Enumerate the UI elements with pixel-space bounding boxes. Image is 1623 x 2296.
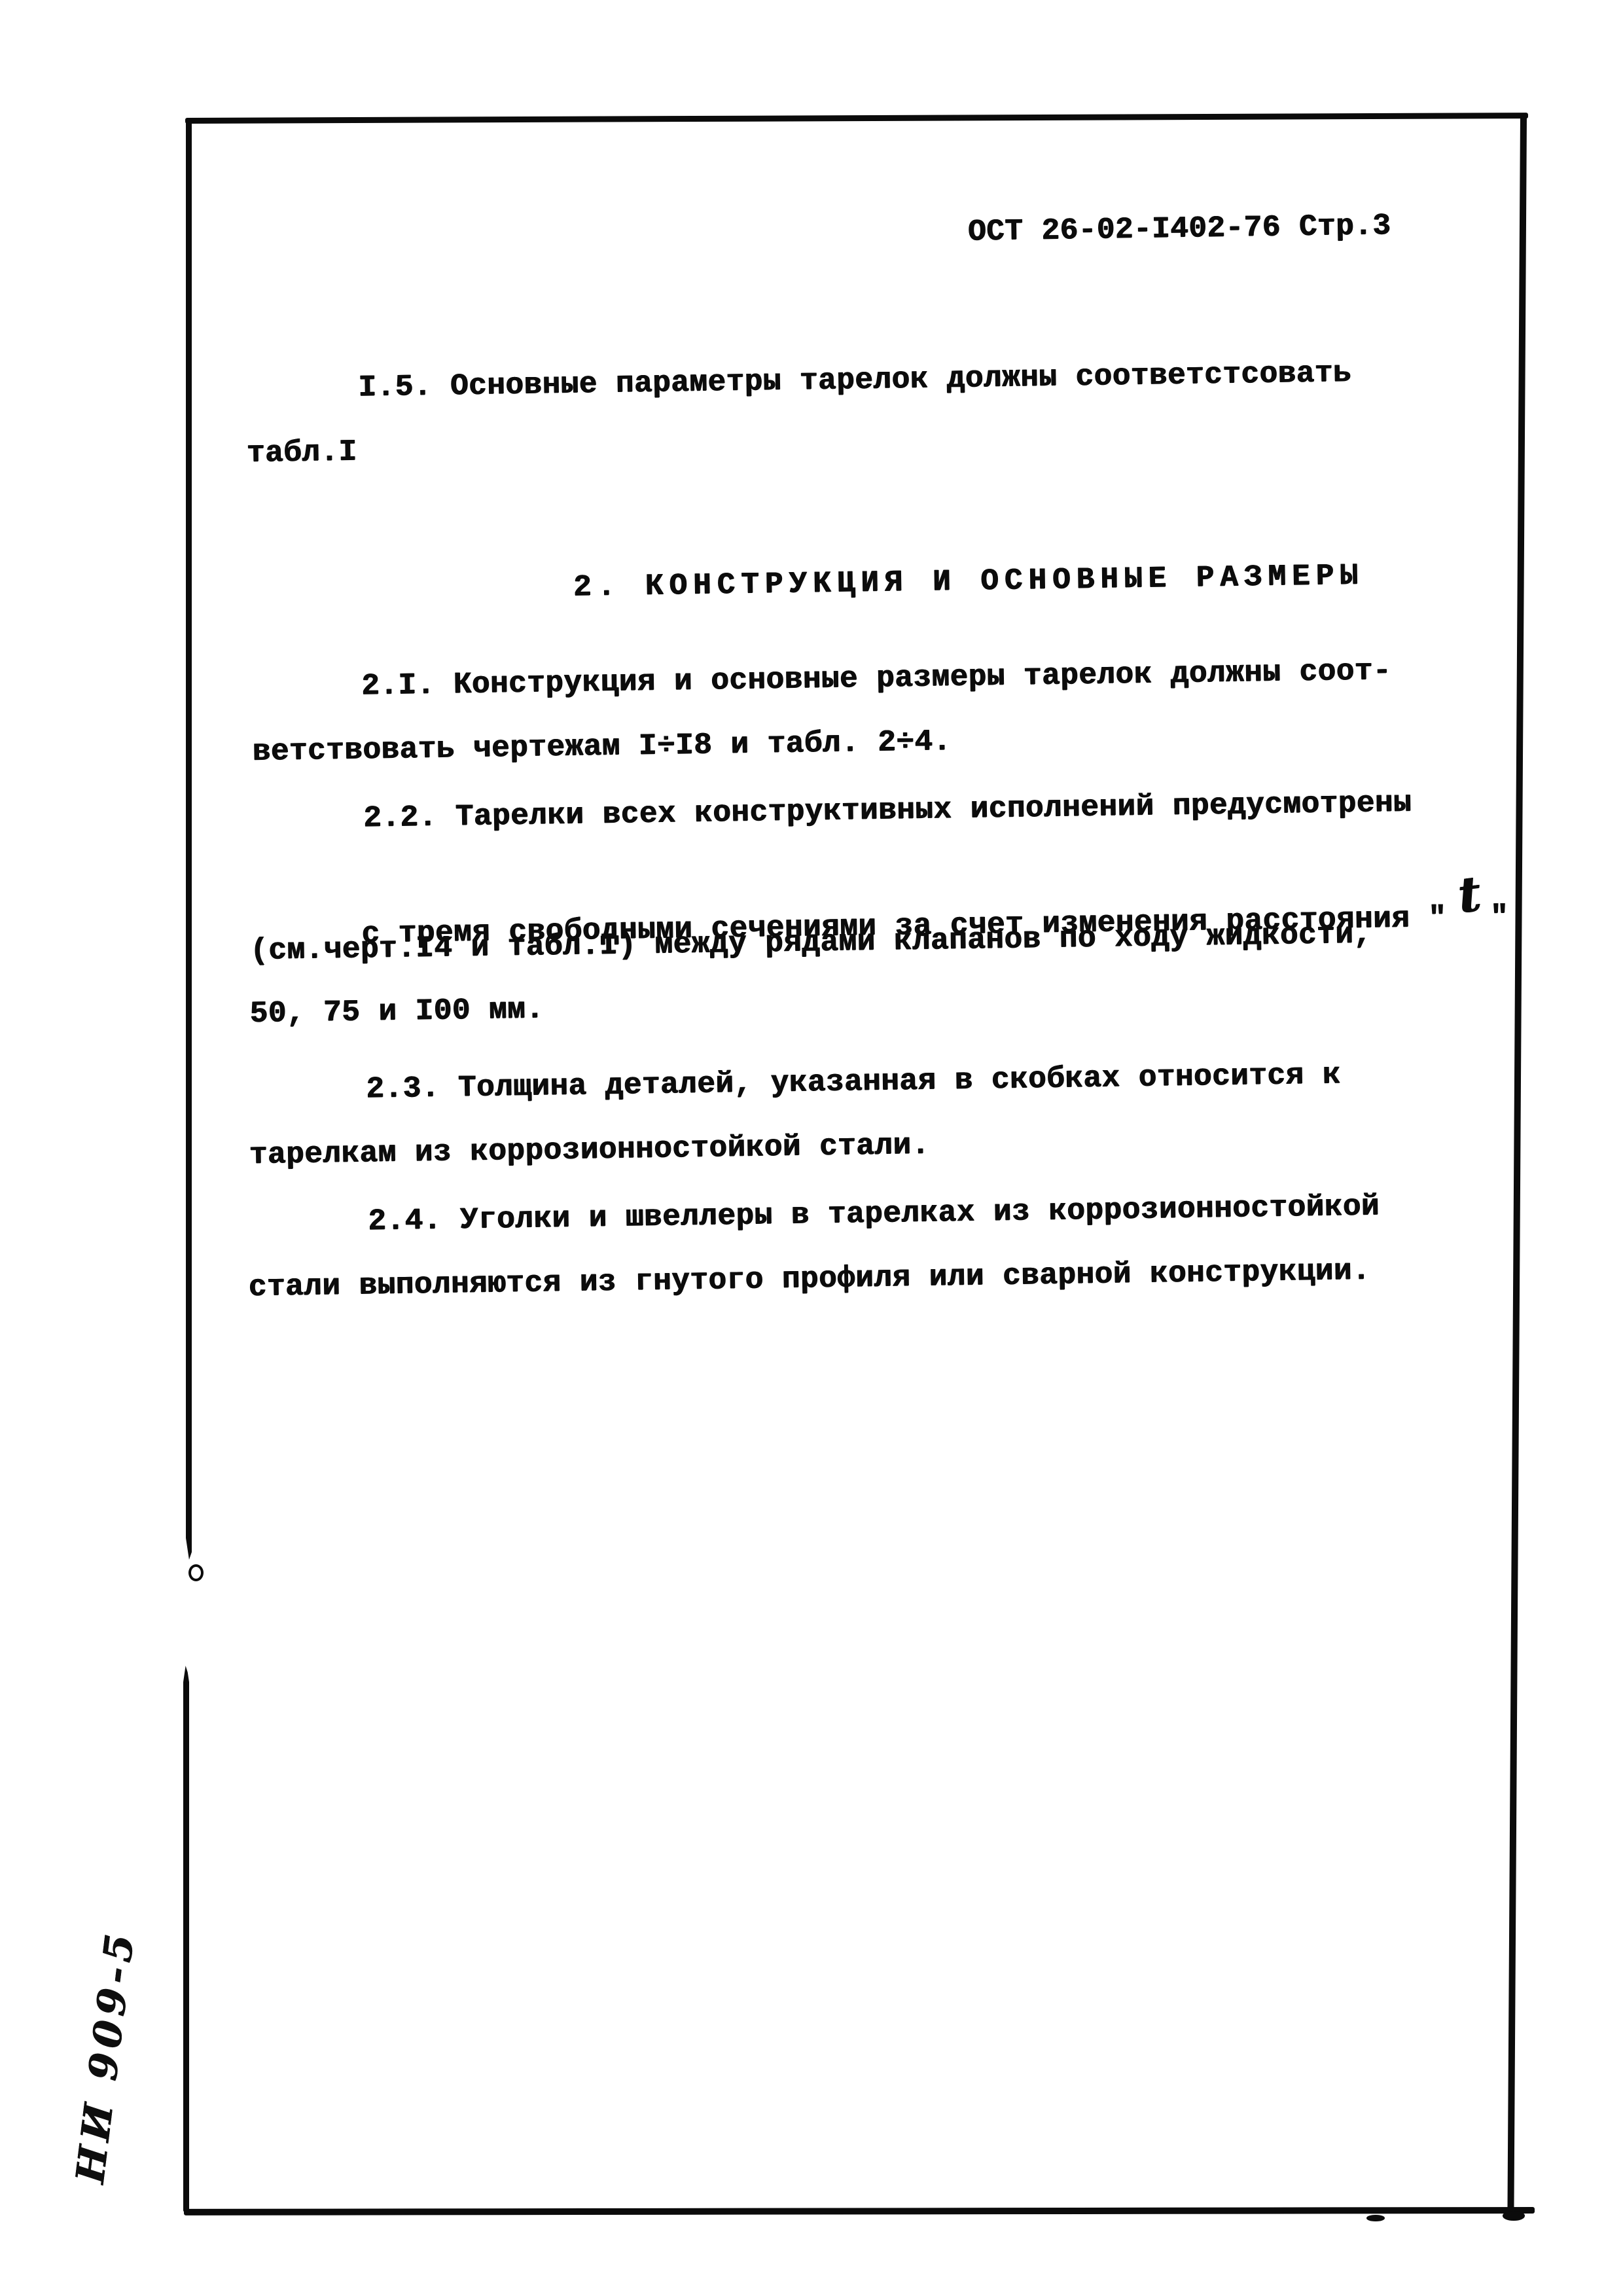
para-2-2-line-2-closing-quote: ": [1490, 900, 1509, 934]
section-heading: 2. КОНСТРУКЦИЯ И ОСНОВНЫЕ РАЗМЕРЫ: [573, 558, 1364, 605]
handwritten-t-symbol: t: [1455, 869, 1484, 920]
para-2-1-line-1: 2.I. Конструкция и основные размеры таре…: [361, 654, 1391, 704]
para-2-2-line-4: 50, 75 и I00 мм.: [249, 992, 544, 1031]
para-2-3-line-2: тарелкам из коррозионностойкой стали.: [249, 1128, 931, 1172]
scanned-page: ОСТ 26-02-I402-76 Стр.3 I.5. Основные па…: [0, 0, 1623, 2296]
typed-content: ОСТ 26-02-I402-76 Стр.3 I.5. Основные па…: [0, 0, 1623, 2296]
para-2-4-line-1: 2.4. Уголки и швеллеры в тарелках из кор…: [368, 1189, 1380, 1239]
para-2-3-line-1: 2.3. Толщина деталей, указанная в скобка…: [366, 1058, 1341, 1107]
para-2-4-line-2: стали выполняются из гнутого профиля или…: [249, 1253, 1371, 1304]
page-header: ОСТ 26-02-I402-76 Стр.3: [968, 209, 1391, 249]
para-1-5-line-1: I.5. Основные параметры тарелок должны с…: [358, 356, 1351, 405]
para-1-5-line-2: табл.I: [247, 435, 357, 471]
para-2-1-line-2: ветствовать чертежам I÷I8 и табл. 2÷4.: [252, 725, 952, 770]
para-2-2-line-1: 2.2. Тарелки всех конструктивных исполне…: [363, 785, 1412, 836]
